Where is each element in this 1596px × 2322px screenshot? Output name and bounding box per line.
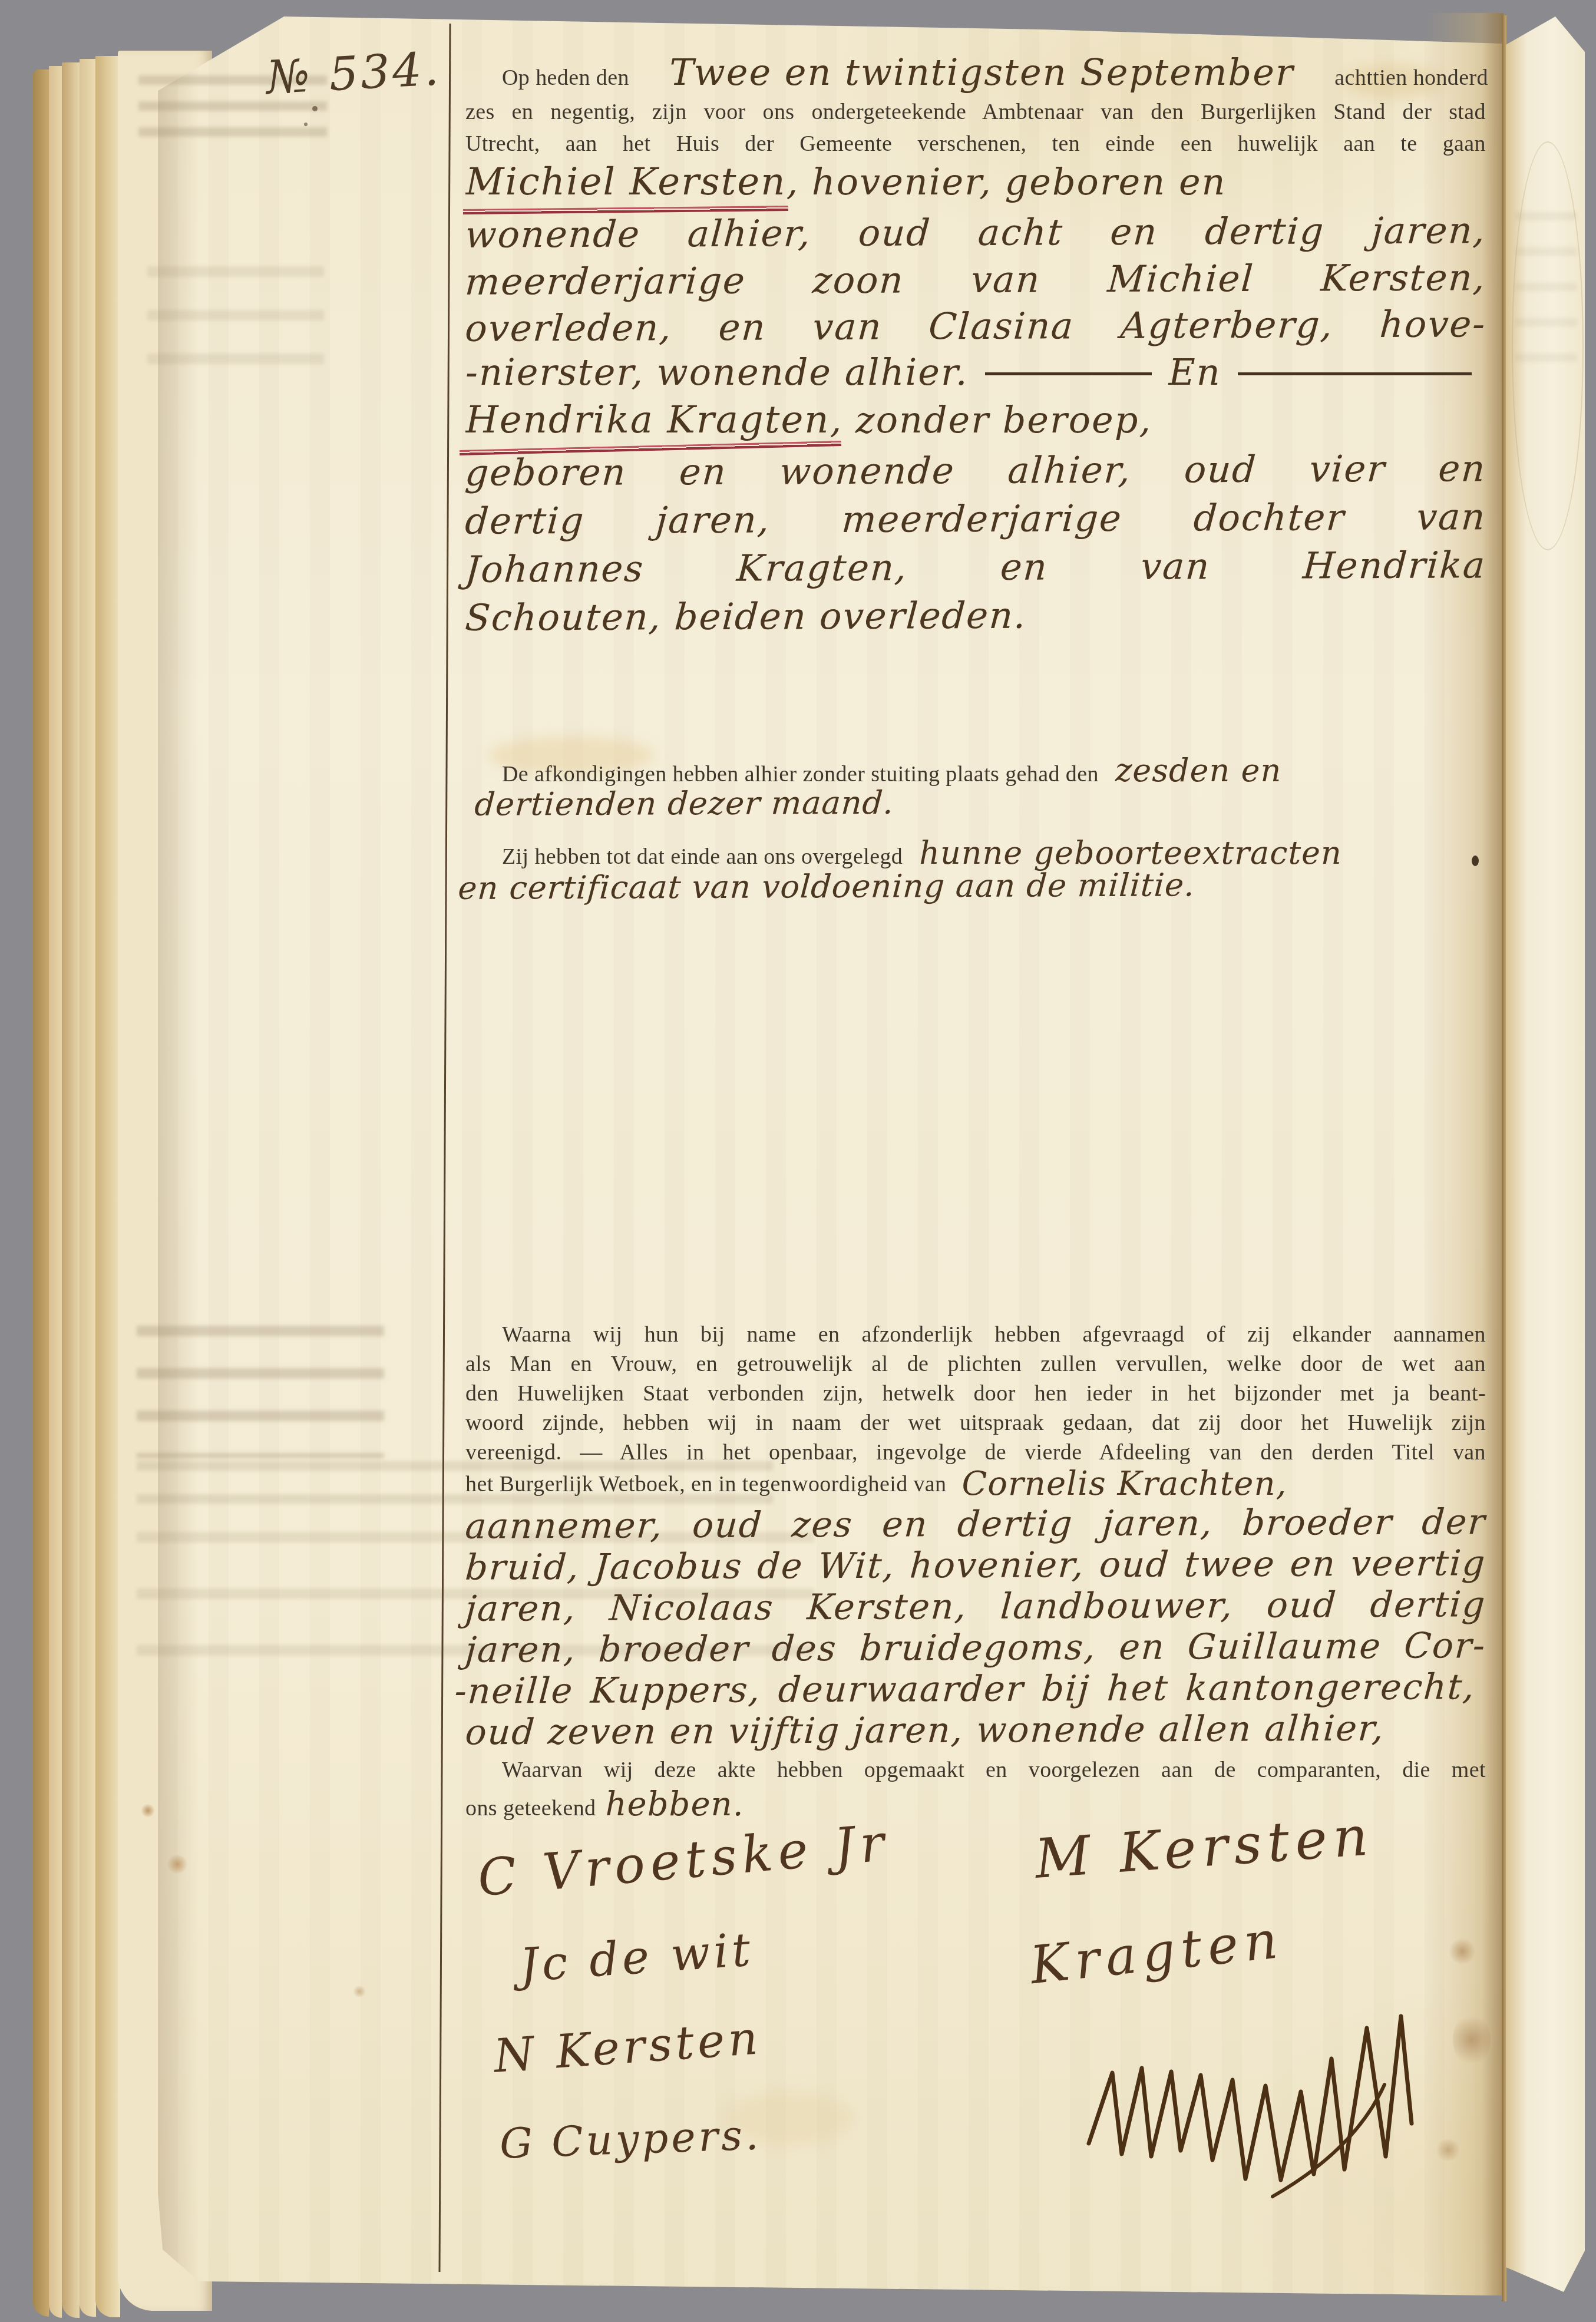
ink-bleed-through (1515, 212, 1577, 389)
handwritten-text: , hovenier, geboren en (786, 160, 1226, 203)
handwritten-date: Twee en twintigsten September (669, 51, 1294, 94)
bride-line-5: Schouten, beiden overleden. (464, 592, 1487, 639)
handwritten-text: En (1168, 351, 1221, 394)
foxing-spot (1435, 2139, 1461, 2161)
witness-line-6: oud zeven en vijftig jaren, wonende alle… (464, 1708, 1386, 1753)
printed-text: achttien honderd (1334, 65, 1488, 91)
groom-line-4: overleden, en van Clasina Agterberg, hov… (464, 302, 1487, 350)
ink-speck (304, 123, 308, 126)
stain-spot (140, 1804, 156, 1817)
foxing-spot (1448, 1938, 1476, 1964)
ceremony-line-6: het Burgerlijk Wetboek, en in tegenwoord… (465, 1465, 1488, 1503)
page-stack-edge (32, 70, 49, 2317)
bride-line-1: Hendrika Kragten , zonder beroep, (465, 398, 1488, 442)
intro-line-1: Op heden den Twee en twintigsten Septemb… (465, 51, 1488, 94)
handwritten-text: -nierster, wonende alhier. (465, 351, 969, 394)
act-number: № 534. (265, 42, 442, 104)
stain-spot (166, 1855, 189, 1874)
scanned-marriage-record-page: № 534. Op heden den Twee en twintigsten … (0, 0, 1596, 2322)
ceremony-line-3: den Huwelijken Staat verbonden zijn, het… (465, 1380, 1486, 1408)
groom-line-2: wonende alhier, oud acht en dertig jaren… (464, 209, 1487, 256)
bride-name: Hendrika Kragten (465, 398, 830, 442)
witness-line-2: bruid, Jacobus de Wit, hovenier, oud twe… (464, 1543, 1487, 1588)
groom-line-5: -nierster, wonende alhier. En (465, 351, 1488, 394)
groom-line-3: meerderjarige zoon van Michiel Kersten, (464, 256, 1487, 303)
ink-bleed-through (147, 266, 324, 396)
margin-rule-line (429, 16, 461, 2279)
page-stack-edge (80, 59, 96, 2317)
signature-flourish-illegible (1078, 2002, 1420, 2202)
witness-line-1: aannemer, oud zes en dertig jaren, broed… (464, 1501, 1487, 1547)
ceremony-line-5: vereenigd. — Alles in het openbaar, inge… (465, 1439, 1486, 1466)
rule-dash (1238, 372, 1472, 375)
printed-text: Zij hebben tot dat einde aan ons overgel… (502, 844, 903, 870)
closing-line-1: Waarvan wij deze akte hebben opgemaakt e… (465, 1757, 1486, 1784)
announcement-line-4: en certificaat van voldoening aan de mil… (457, 865, 1481, 907)
ceremony-line-4: woord zijnde, hebben wij in naam der wet… (465, 1410, 1486, 1437)
groom-line-1: Michiel Kersten , hovenier, geboren en (465, 160, 1488, 204)
bride-line-3: dertig jaren, meerderjarige dochter van (464, 495, 1487, 543)
announcement-line-2: dertienden dezer maand. (474, 781, 1497, 823)
foxing-spot (1453, 2011, 1491, 2068)
signature-g-cuypers: G Cuypers. (499, 2110, 762, 2168)
printed-text: Op heden den (502, 65, 629, 91)
ceremony-line-2: als Man en Vrouw, en getrouwelijk al de … (465, 1351, 1486, 1378)
groom-name: Michiel Kersten (465, 160, 786, 204)
ceremony-line-1: Waarna wij hun bij name en afzonderlijk … (465, 1322, 1486, 1349)
ink-bleed-through (137, 1326, 384, 1458)
bride-line-2: geboren en wonende alhier, oud vier en (464, 447, 1487, 494)
page-stack-edge (62, 62, 80, 2318)
page-stack-edge (49, 66, 62, 2318)
intro-line-2: zes en negentig, zijn voor ons ondergete… (465, 99, 1486, 126)
printed-text: ons geteekend (465, 1795, 596, 1821)
bride-line-4: Johannes Kragten, en van Hendrika (464, 543, 1487, 591)
gutter-fold (1502, 15, 1506, 2301)
witness-line-3: jaren, Nicolaas Kersten, landbouwer, oud… (464, 1584, 1487, 1630)
ink-speck (312, 106, 318, 111)
handwritten-witness-name: Cornelis Krachten, (962, 1465, 1287, 1503)
stain-spot (352, 1986, 366, 1997)
handwritten-text: hebben. (606, 1785, 744, 1824)
witness-line-5: -neille Kuppers, deurwaarder bij het kan… (453, 1666, 1476, 1712)
page-stack-edge (95, 56, 120, 2317)
intro-line-3: Utrecht, aan het Huis der Gemeente versc… (465, 131, 1486, 158)
witness-line-4: jaren, broeder des bruidegoms, en Guilla… (464, 1625, 1487, 1671)
printed-text: het Burgerlijk Wetboek, en in tegenwoord… (465, 1471, 947, 1497)
handwritten-text: , zonder beroep, (830, 398, 1152, 441)
rule-dash (985, 372, 1152, 375)
